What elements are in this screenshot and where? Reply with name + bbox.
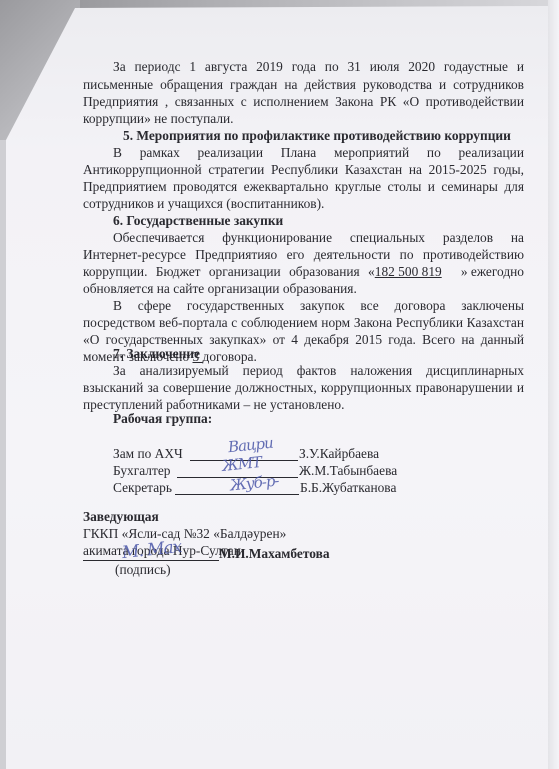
budget-text-after: » ежегодно xyxy=(461,264,524,280)
paragraph-1-line: коррупции» не поступали. xyxy=(83,111,234,127)
member-role: Бухгалтер xyxy=(113,463,170,479)
signature-line xyxy=(83,560,219,561)
section-7-line: взысканий за совершение должностных, кор… xyxy=(83,380,524,396)
member-name: Б.Б.Жубатканова xyxy=(300,480,396,496)
section-7-heading: 7. Заключение xyxy=(113,346,200,362)
section-5-line: В рамках реализации Плана мероприятий по… xyxy=(113,145,524,161)
member-name: З.У.Кайрбаева xyxy=(299,446,379,462)
paragraph-1-line: письменные обращения граждан на действия… xyxy=(83,77,524,93)
budget-text-before: коррупции. Бюджет организации образовани… xyxy=(83,264,375,280)
contracts-text-after: договора. xyxy=(203,349,257,364)
head-name: М.И.Махамбетова xyxy=(219,546,330,562)
section-6-line: Интернет-ресурсе Предприятияо его деятел… xyxy=(83,247,524,263)
head-title: Заведующая xyxy=(83,509,159,525)
head-org-line: ГККП «Ясли-сад №32 «Балдәурен» xyxy=(83,526,286,542)
member-role: Зам по АХЧ xyxy=(113,446,183,462)
section-6-line: Обеспечивается функционирование специаль… xyxy=(113,230,524,246)
section-6-line: посредством веб-портала с соблюдением но… xyxy=(83,315,524,331)
member-name: Ж.М.Табынбаева xyxy=(299,463,397,479)
section-5-line: Антикоррупционной стратегии Республики К… xyxy=(83,162,524,178)
signature-caption: (подпись) xyxy=(115,562,171,578)
working-group-title: Рабочая группа: xyxy=(113,411,212,427)
budget-amount: 182 500 819 xyxy=(375,264,442,280)
section-6-budget-line: коррупции. Бюджет организации образовани… xyxy=(83,264,524,280)
section-5-line: Предприятием проводятся ежеквартально кр… xyxy=(83,179,524,195)
scan-right-edge xyxy=(548,0,559,769)
section-6-line: обновляется на сайте организации образов… xyxy=(83,281,357,297)
section-6-heading: 6. Государственные закупки xyxy=(113,213,283,229)
section-5-heading: 5. Мероприятия по профилактике противоде… xyxy=(123,128,511,144)
section-6-line: В сфере государственных закупок все дого… xyxy=(113,298,524,314)
member-role: Секретарь xyxy=(113,480,172,496)
paragraph-1-line: Предприятия , связанных с исполнением За… xyxy=(83,94,524,110)
signature-line xyxy=(175,494,299,495)
scan-left-edge xyxy=(0,140,6,769)
paragraph-1-line: За периодс 1 августа 2019 года по 31 июл… xyxy=(113,59,524,75)
section-7-line: За анализируемый период фактов наложения… xyxy=(113,363,524,379)
section-5-line: сотрудников и учащихся (воспитанников). xyxy=(83,196,324,212)
